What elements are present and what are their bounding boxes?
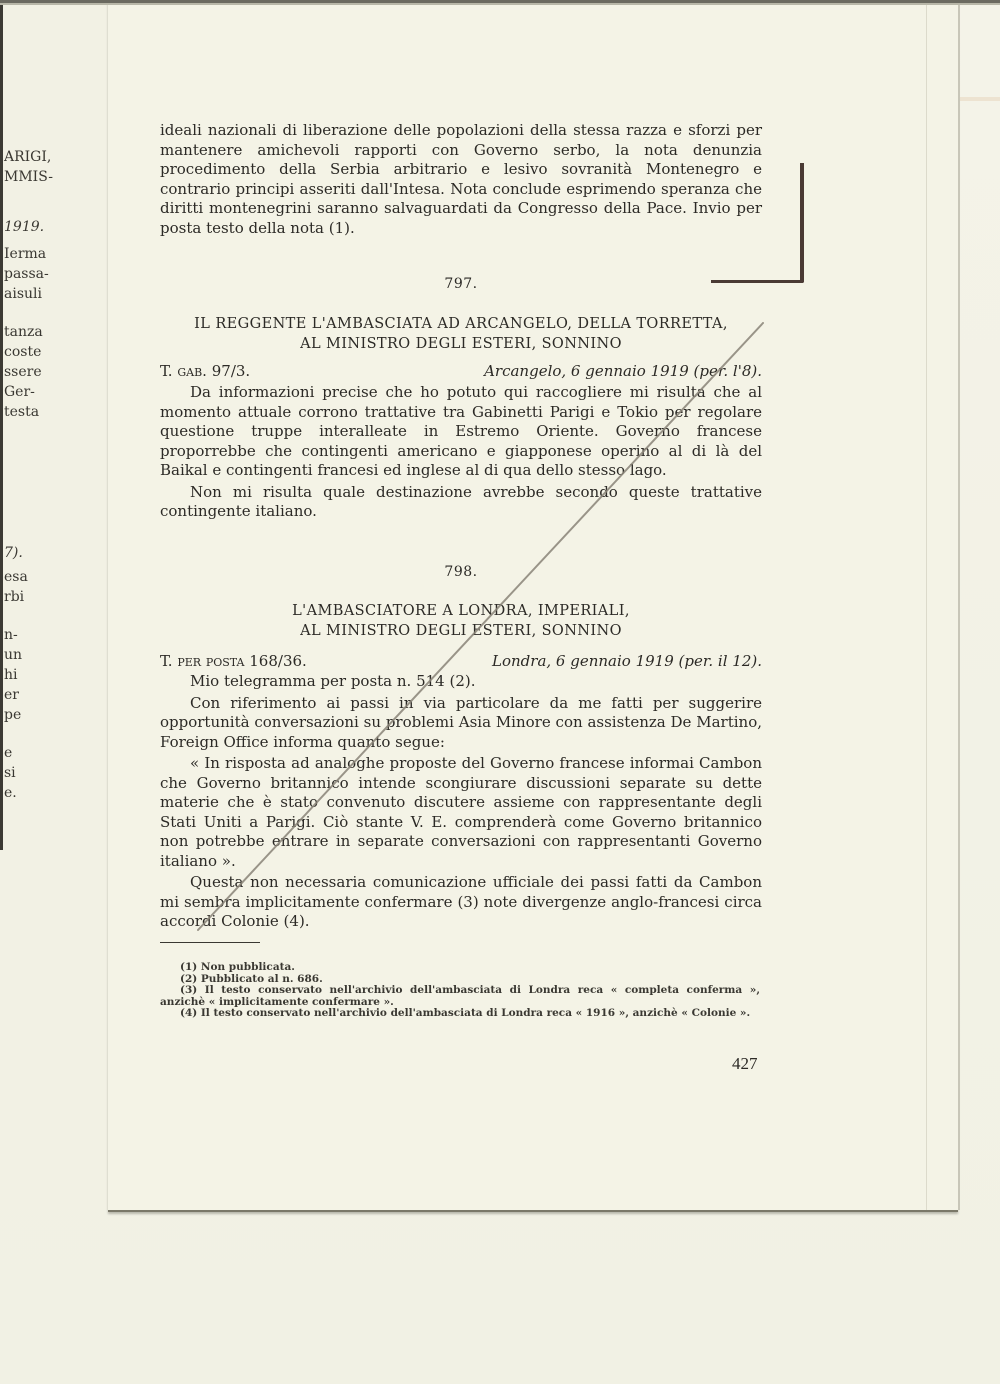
left-page-fragment: un: [4, 646, 22, 664]
left-page-fragment: MMIS-: [4, 168, 53, 186]
footnote-3: (3) Il testo conservato nell'archivio de…: [160, 985, 760, 1008]
footnote-4: (4) Il testo conservato nell'archivio de…: [160, 1008, 760, 1020]
left-page-fragment: ssere: [4, 363, 42, 381]
left-page-fragment: esa: [4, 568, 28, 586]
left-page-fragment: hi: [4, 666, 18, 684]
document-798-paragraph: Con riferimento ai passi in via particol…: [160, 694, 762, 753]
document-797-meta: T. gab. 97/3. Arcangelo, 6 gennaio 1919 …: [160, 362, 762, 380]
footnotes: (1) Non pubblicata. (2) Pubblicato al n.…: [170, 962, 760, 1020]
page-stack-edge: [926, 0, 927, 1210]
adjacent-left-page: ARIGI,MMIS-1919.Iermapassa-aisulitanzaco…: [0, 0, 109, 1210]
document-number-797: 797.: [160, 276, 762, 292]
document-798-recipient: AL MINISTRO DEGLI ESTERI, SONNINO: [160, 621, 762, 641]
left-page-fragment: passa-: [4, 265, 49, 283]
left-page-fragment: ARIGI,: [4, 148, 51, 166]
document-798-quoted-paragraph: « In risposta ad analoghe proposte del G…: [160, 754, 762, 871]
left-page-fragment: rbi: [4, 588, 24, 606]
document-797-paragraph: Non mi risulta quale destinazione avrebb…: [160, 483, 762, 522]
left-page-fragment: er: [4, 686, 19, 704]
document-797-heading: IL REGGENTE L'AMBASCIATA AD ARCANGELO, D…: [160, 314, 762, 354]
document-797-reference: T. gab. 97/3.: [160, 362, 250, 380]
left-page-fragment: 1919.: [4, 218, 44, 236]
document-797-body: Da informazioni precise che ho potuto qu…: [160, 383, 762, 522]
document-798-sender: L'AMBASCIATORE A LONDRA, IMPERIALI,: [160, 601, 762, 621]
continuation-paragraph: ideali nazionali di liberazione delle po…: [160, 121, 762, 238]
left-page-fragment: pe: [4, 706, 21, 724]
document-797-place-date: Arcangelo, 6 gennaio 1919 (per. l'8).: [484, 362, 762, 380]
scan-top-edge-light: [0, 3, 1000, 5]
left-page-fragment: 7).: [4, 544, 23, 562]
document-797-recipient: AL MINISTRO DEGLI ESTERI, SONNINO: [160, 334, 762, 354]
left-page-fragment: Ger-: [4, 383, 35, 401]
footnote-1: (1) Non pubblicata.: [160, 962, 760, 974]
left-page-fragment: e: [4, 744, 12, 762]
left-page-fragment: n-: [4, 626, 18, 644]
document-798-heading: L'AMBASCIATORE A LONDRA, IMPERIALI, AL M…: [160, 601, 762, 641]
marker-bracket-annotation: [711, 163, 804, 283]
left-page-fragment: si: [4, 764, 16, 782]
document-798-reference: T. per posta 168/36.: [160, 652, 307, 670]
document-797-paragraph: Da informazioni precise che ho potuto qu…: [160, 383, 762, 481]
page-stack-edge-outer: [958, 0, 960, 1210]
document-797-sender: IL REGGENTE L'AMBASCIATA AD ARCANGELO, D…: [160, 314, 762, 334]
left-page-fragment: aisuli: [4, 285, 42, 303]
document-798-body: Mio telegramma per posta n. 514 (2). Con…: [160, 672, 762, 932]
document-number-798: 798.: [160, 564, 762, 580]
page-gutter-shadow: [0, 0, 3, 850]
footnote-separator: [160, 942, 260, 943]
left-page-fragment: tanza: [4, 323, 43, 341]
document-798-paragraph: Mio telegramma per posta n. 514 (2).: [160, 672, 762, 692]
left-page-fragment: testa: [4, 403, 39, 421]
document-798-paragraph: Questa non necessaria comunicazione uffi…: [160, 873, 762, 932]
left-page-fragment: e.: [4, 784, 17, 802]
page-number: 427: [732, 1054, 758, 1074]
left-page-fragment: Ierma: [4, 245, 46, 263]
document-798-place-date: Londra, 6 gennaio 1919 (per. il 12).: [492, 652, 762, 670]
left-page-fragment: coste: [4, 343, 41, 361]
continuation-paragraph-block: ideali nazionali di liberazione delle po…: [160, 121, 762, 238]
document-798-meta: T. per posta 168/36. Londra, 6 gennaio 1…: [160, 652, 762, 670]
